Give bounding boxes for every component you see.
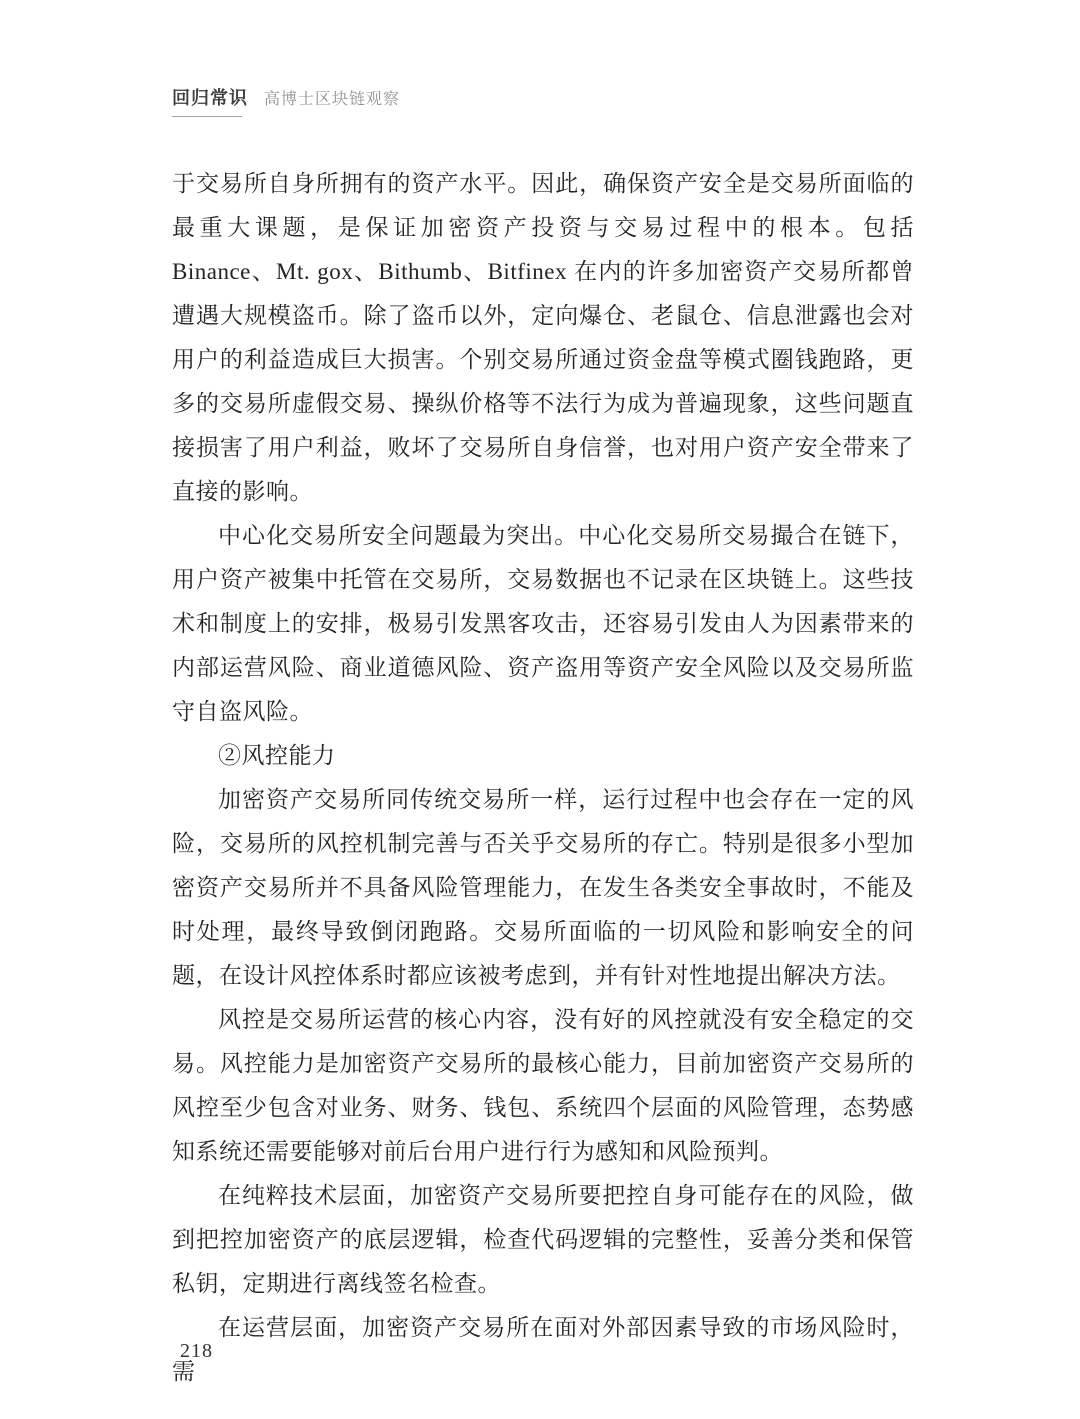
book-page: 回归常识高博士区块链观察 于交易所自身所拥有的资产水平。因此，确保资产安全是交易… [0,0,1080,1419]
header-subtitle: 高博士区块链观察 [264,91,400,108]
body-text: 于交易所自身所拥有的资产水平。因此，确保资产安全是交易所面临的最重大课题，是保证… [172,162,914,1394]
paragraph: 风控是交易所运营的核心内容，没有好的风控就没有安全稳定的交易。风控能力是加密资产… [172,998,914,1174]
paragraph: 在运营层面，加密资产交易所在面对外部因素导致的市场风险时，需 [172,1306,914,1394]
paragraph: 于交易所自身所拥有的资产水平。因此，确保资产安全是交易所面临的最重大课题，是保证… [172,162,914,514]
paragraph: 加密资产交易所同传统交易所一样，运行过程中也会存在一定的风险，交易所的风控机制完… [172,778,914,998]
paragraph: 中心化交易所安全问题最为突出。中心化交易所交易撮合在链下，用户资产被集中托管在交… [172,514,914,734]
section-heading: ②风控能力 [172,734,914,778]
page-number: 218 [180,1340,213,1363]
paragraph: 在纯粹技术层面，加密资产交易所要把控自身可能存在的风险，做到把控加密资产的底层逻… [172,1174,914,1306]
header-series-title: 回归常识 [172,88,248,108]
header-underline [172,116,242,117]
running-header: 回归常识高博士区块链观察 [172,84,400,110]
